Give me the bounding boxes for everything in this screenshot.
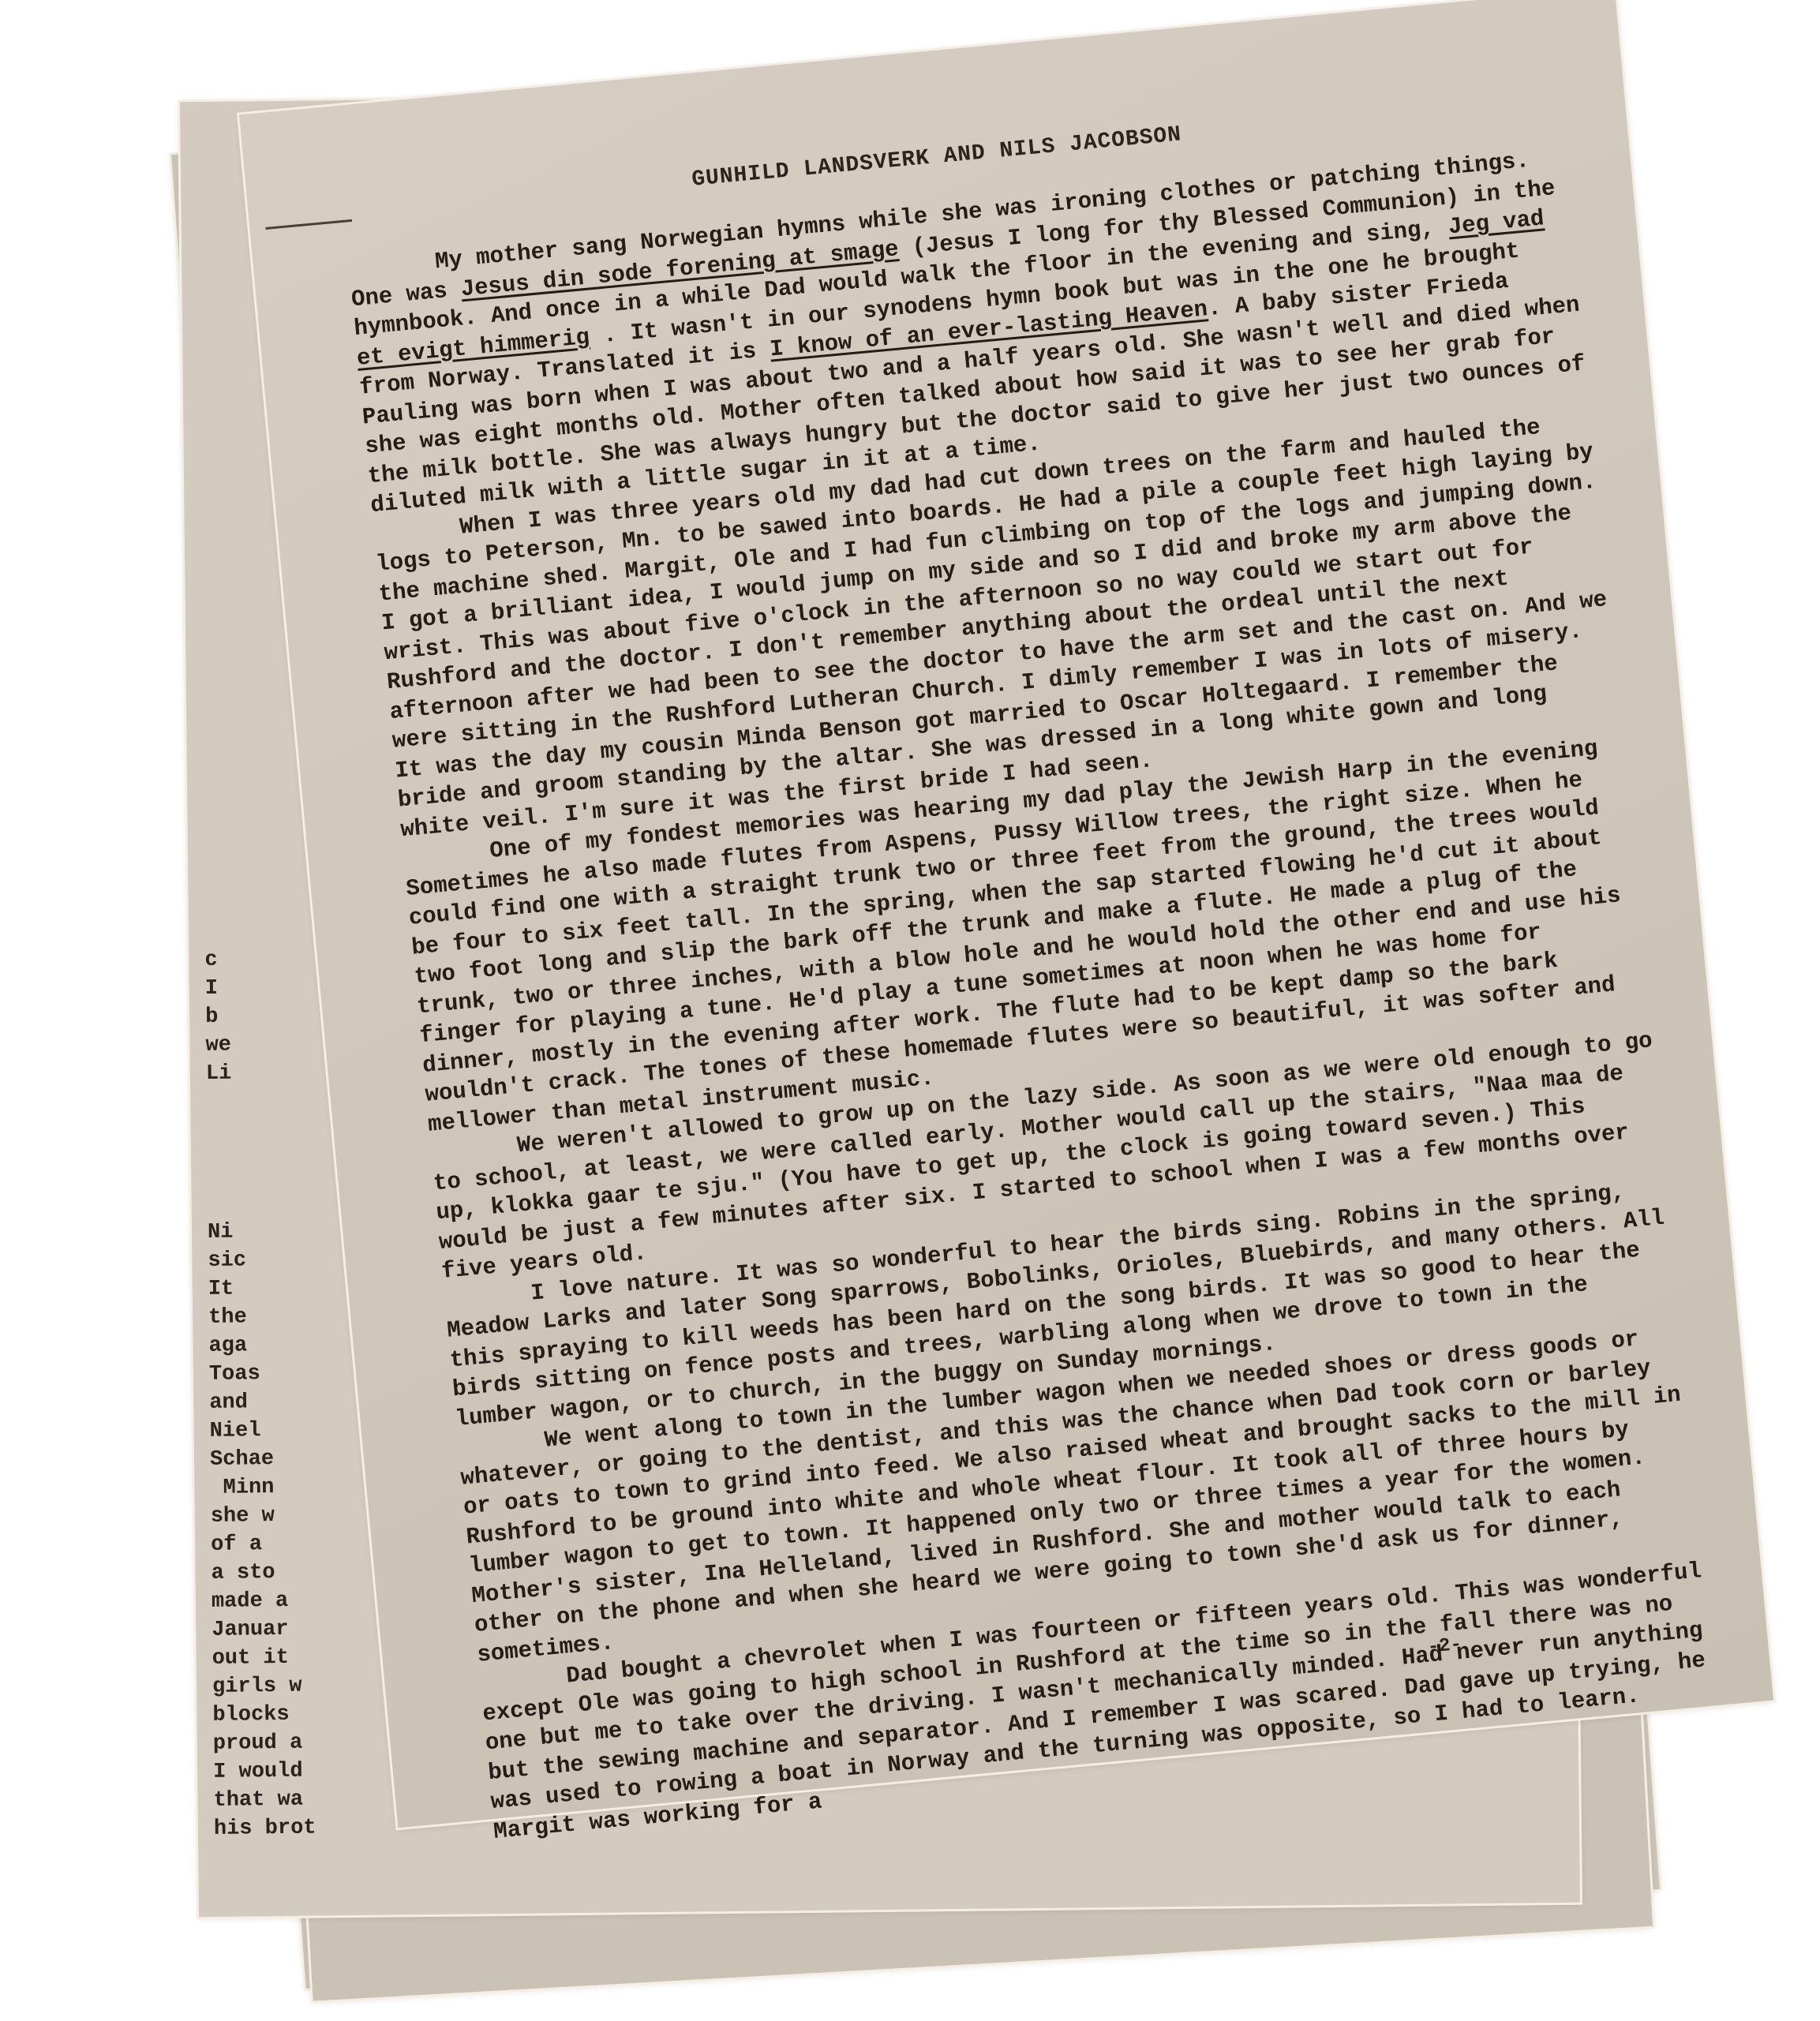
underlying-page-fragment-bottom: Ni sic It the aga Toas and Niel Schae Mi… [208,1217,340,1843]
page-number: -2- [1427,1634,1463,1659]
underlying-page-fragment-top: c I b we Li [204,945,332,1088]
document-body: My mother sang Norwegian hymns while she… [347,141,1721,1846]
main-page: GUNHILD LANDSVERK AND NILS JACOBSON My m… [239,0,1773,1828]
